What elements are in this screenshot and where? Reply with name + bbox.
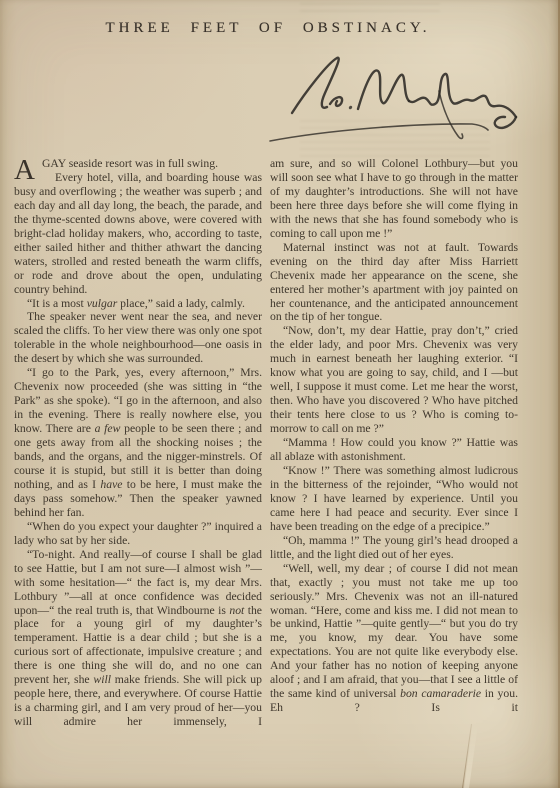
paragraph: The speaker never went near the sea, and… xyxy=(14,310,262,366)
article-body: AGAY seaside resort was in full swing.Ev… xyxy=(14,157,518,735)
paragraph: Every hotel, villa, and boarding house w… xyxy=(14,171,262,297)
paragraph: “Now, don’t, my dear Hattie, pray don’t,… xyxy=(270,324,518,436)
paragraph: “Well, well, my dear ; of course I did n… xyxy=(270,562,518,715)
author-signature-icon xyxy=(258,50,520,148)
paragraph: “When do you expect your daughter ?” inq… xyxy=(14,520,262,548)
left-column: AGAY seaside resort was in full swing.Ev… xyxy=(14,157,262,735)
right-column: am sure, and so will Colonel Lothbury—bu… xyxy=(270,157,518,735)
paragraph: “Oh, mamma !” The young girl’s head droo… xyxy=(270,534,518,562)
paragraph: AGAY seaside resort was in full swing. xyxy=(14,157,262,171)
paragraph: “Mamma ! How could you know ?” Hattie wa… xyxy=(270,436,518,464)
paragraph: “It is a most vulgar place,” said a lady… xyxy=(14,297,262,311)
book-page: THREE FEET OF OBSTINACY. AGAY seaside re… xyxy=(0,0,560,788)
paragraph: “I go to the Park, yes, every afternoon,… xyxy=(14,366,262,519)
paragraph: am sure, and so will Colonel Lothbury—bu… xyxy=(270,157,518,241)
paragraph: Maternal instinct was not at fault. Towa… xyxy=(270,241,518,325)
paragraph: “To-night. And really—of course I shall … xyxy=(14,548,262,729)
paragraph: “Know !” There was something almost ludi… xyxy=(270,464,518,534)
drop-cap: A xyxy=(14,157,42,183)
page-title: THREE FEET OF OBSTINACY. xyxy=(0,20,536,37)
show-through-smudge xyxy=(300,3,440,15)
